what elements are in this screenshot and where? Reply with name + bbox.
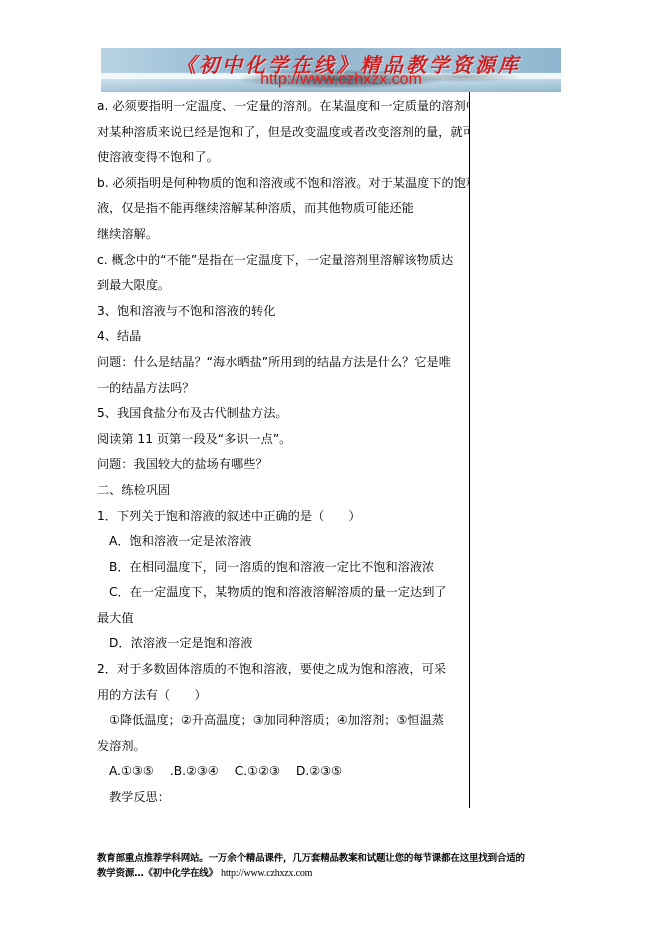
exercise-2-stem: 2．对于多数固体溶质的不饱和溶液，要使之成为饱和溶液，可采	[97, 657, 469, 683]
banner-url: http://www.czhxzx.com	[231, 71, 451, 89]
section-heading-practice: 二、练检巩固	[97, 478, 469, 504]
exercise-1-stem: 1．下列关于饱和溶液的叙述中正确的是（ ）	[97, 504, 469, 530]
page-footer: 教育部重点推荐学科网站。一万余个精品课件，几万套精品教案和试题让您的每节课都在这…	[97, 851, 567, 881]
text-line: b. 必须指明是何种物质的饱和溶液或不饱和溶液。对于某温度下的饱和溶	[97, 171, 469, 197]
section-heading-4: 4、结晶	[97, 324, 469, 350]
exercise-1-option-b: B．在相同温度下，同一溶质的饱和溶液一定比不饱和溶液浓	[97, 555, 469, 581]
text-line: 对某种溶质来说已经是饱和了，但是改变温度或者改变溶剂的量，就可能	[97, 120, 469, 146]
footer-site-name: 教学资源…《初中化学在线》	[97, 868, 218, 879]
exercise-2-methods: ①降低温度；②升高温度；③加同种溶质；④加溶剂；⑤恒温蒸	[97, 708, 469, 734]
section-heading-5: 5、我国食盐分布及古代制盐方法。	[97, 401, 469, 427]
question-line: 问题：我国较大的盐场有哪些？	[97, 452, 469, 478]
question-line: 一的结晶方法吗？	[97, 376, 469, 402]
text-line: 液，仅是指不能再继续溶解某种溶质，而其他物质可能还能	[97, 196, 469, 222]
text-line: 到最大限度。	[97, 273, 469, 299]
question-line: 问题：什么是结晶？“海水晒盐”所用到的结晶方法是什么？它是唯	[97, 350, 469, 376]
teaching-reflection-label: 教学反思：	[97, 785, 469, 811]
lesson-content: a. 必须要指明一定温度、一定量的溶剂。在某温度和一定质量的溶剂中， 对某种溶质…	[97, 94, 469, 811]
exercise-2-stem-cont: 用的方法有（ ）	[97, 683, 469, 709]
exercise-1-option-a: A．饱和溶液一定是浓溶液	[97, 529, 469, 555]
footer-url-link[interactable]: http://www.czhxzx.com	[221, 868, 312, 879]
exercise-1-option-c-cont: 最大值	[97, 606, 469, 632]
exercise-2-methods-cont: 发溶剂。	[97, 734, 469, 760]
text-line: c. 概念中的“不能”是指在一定温度下，一定量溶剂里溶解该物质达	[97, 248, 469, 274]
section-heading-3: 3、饱和溶液与不饱和溶液的转化	[97, 299, 469, 325]
table-right-border	[469, 92, 470, 808]
reading-instruction: 阅读第 11 页第一段及“多识一点”。	[97, 427, 469, 453]
footer-line-1: 教育部重点推荐学科网站。一万余个精品课件，几万套精品教案和试题让您的每节课都在这…	[97, 851, 567, 866]
text-line: 使溶液变得不饱和了。	[97, 145, 469, 171]
text-line: 继续溶解。	[97, 222, 469, 248]
header-banner: 《初中化学在线》精品教学资源库 http://www.czhxzx.com	[101, 48, 561, 92]
exercise-2-options: A.①③⑤ .B.②③④ C.①②③ D.②③⑤	[97, 759, 469, 785]
text-line: a. 必须要指明一定温度、一定量的溶剂。在某温度和一定质量的溶剂中，	[97, 94, 469, 120]
exercise-1-option-d: D．浓溶液一定是饱和溶液	[97, 631, 469, 657]
footer-line-2: 教学资源…《初中化学在线》 http://www.czhxzx.com	[97, 866, 567, 881]
exercise-1-option-c: C．在一定温度下，某物质的饱和溶液溶解溶质的量一定达到了	[97, 580, 469, 606]
